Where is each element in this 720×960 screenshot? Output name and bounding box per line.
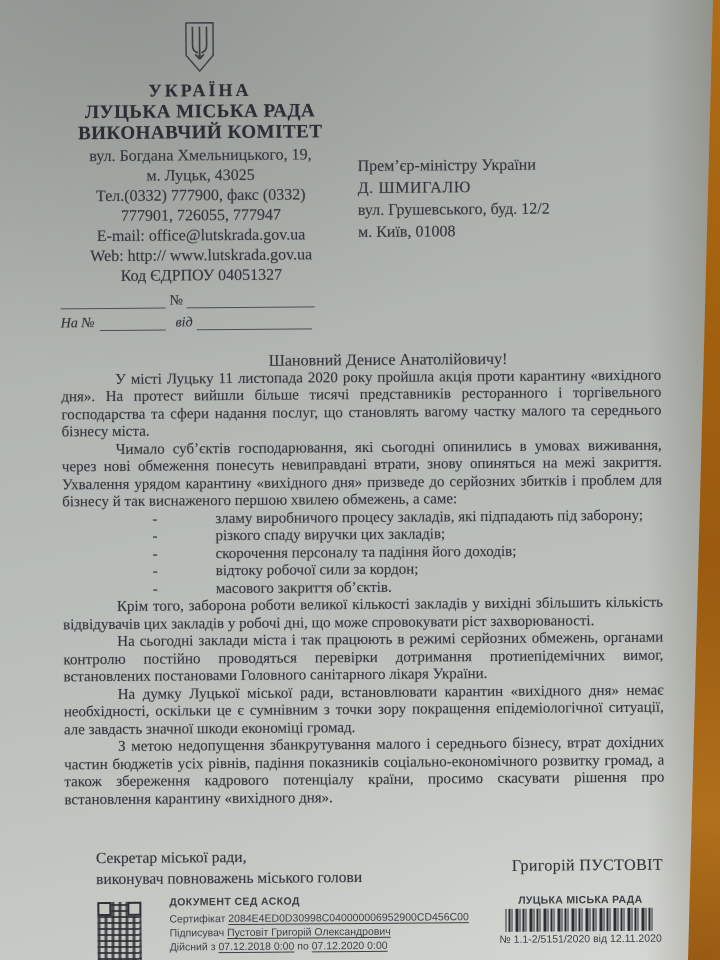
- ukraine-trident-icon: [182, 21, 216, 73]
- certificate-label: Сертифікат: [169, 913, 225, 925]
- ref-number-line: №: [61, 292, 321, 309]
- letterhead: УКРАЇНА ЛУЦЬКА МІСЬКА РАДА ВИКОНАВЧИЙ КО…: [32, 20, 368, 288]
- blank-line: [100, 317, 166, 332]
- barcode: [505, 908, 655, 932]
- number-sign-label: №: [166, 293, 187, 308]
- esign-stamp: ДОКУМЕНТ СЕД АСКОД Сертифікат 2084E4ED0D…: [169, 893, 469, 954]
- org-address: вул. Богдана Хмельницького, 19, м. Луцьк…: [33, 145, 368, 288]
- org-stamp: ЛУЦЬКА МІСЬКА РАДА № 1.1-2/5151/2020 від…: [495, 894, 665, 946]
- address-line: E-mail: office@lutskrada.gov.ua: [34, 225, 368, 248]
- qr-code: [97, 902, 142, 960]
- signer-position-line: Секретар міської ради,: [96, 846, 362, 869]
- body-paragraph: На думку Луцької міської ради, встановлю…: [64, 682, 664, 739]
- recipient-line: Прем’єр-міністру України: [357, 155, 549, 179]
- letter-body: Шановний Денисе Анатолійовичу! У місті Л…: [61, 350, 665, 810]
- address-line: Код ЄДРПОУ 04051327: [34, 265, 368, 288]
- country-name: УКРАЇНА: [33, 78, 367, 103]
- signer-value: Пустовіт Григорій Олександрович: [227, 926, 391, 939]
- body-paragraph: У місті Луцьку 11 листопада 2020 року пр…: [61, 367, 662, 442]
- signer-position-line: виконувач повноважень міського голови: [96, 867, 362, 890]
- validity-line: Дійсний з 07.12.2018 0:00 по 07.12.2020 …: [170, 938, 469, 954]
- document-content: УКРАЇНА ЛУЦЬКА МІСЬКА РАДА ВИКОНАВЧИЙ КО…: [0, 0, 720, 960]
- recipient-line: вул. Грушевського, буд. 12/2: [358, 199, 550, 223]
- photo-background: УКРАЇНА ЛУЦЬКА МІСЬКА РАДА ВИКОНАВЧИЙ КО…: [0, 0, 720, 960]
- signature-block: Секретар міської ради, виконувач повнова…: [96, 844, 663, 890]
- valid-to-value: 07.12.2020 0:00: [312, 940, 388, 953]
- address-line: м. Луцьк, 43025: [34, 165, 368, 188]
- recipient-block: Прем’єр-міністру України Д. ШМИГАЛЮ вул.…: [357, 155, 550, 245]
- body-paragraph: Крім того, заборона роботи великої кільк…: [63, 595, 663, 635]
- ref-onnumber-line: На № від: [61, 314, 321, 331]
- valid-to-label: по: [297, 940, 309, 952]
- on-number-label: На №: [61, 316, 95, 331]
- document-page: УКРАЇНА ЛУЦЬКА МІСЬКА РАДА ВИКОНАВЧИЙ КО…: [0, 0, 720, 960]
- body-paragraph: Чимало суб’єктів господарювання, які сьо…: [62, 437, 663, 512]
- valid-label: Дійсний з: [170, 941, 216, 953]
- bullet-list: зламу виробничого процесу закладів, які …: [62, 507, 663, 599]
- body-paragraph: З метою недопущення збанкрутування малог…: [64, 735, 665, 810]
- recipient-line: м. Київ, 01008: [358, 221, 550, 245]
- valid-from-value: 07.12.2018 0:00: [218, 941, 294, 954]
- certificate-line: Сертифікат 2084E4ED0D30998C0400000069529…: [169, 910, 468, 926]
- stamp-org-name: ЛУЦЬКА МІСЬКА РАДА: [495, 894, 665, 907]
- blank-line: [61, 295, 166, 310]
- recipient-line: Д. ШМИГАЛЮ: [358, 177, 550, 201]
- certificate-value: 2084E4ED0D30998C040000006952900CD456C00: [228, 911, 469, 925]
- blank-line: [187, 293, 315, 308]
- signer-name: Григорій ПУСТОВІТ: [512, 854, 663, 876]
- reg-number: № 1.1-2/5151/2020 від 12.11.2020: [496, 933, 666, 946]
- address-line: Тел.(0332) 777900, факс (0332): [34, 185, 368, 208]
- body-paragraph: На сьогодні заклади міста і так працюють…: [63, 630, 663, 687]
- address-line: 777901, 726055, 777947: [34, 205, 368, 228]
- org-committee: ВИКОНАВЧИЙ КОМІТЕТ: [33, 121, 367, 145]
- address-line: Web: http:// www.lutskrada.gov.ua: [34, 245, 368, 268]
- reference-block: № На № від: [61, 292, 321, 338]
- address-line: вул. Богдана Хмельницького, 19,: [33, 145, 367, 168]
- signer-position: Секретар міської ради, виконувач повнова…: [96, 846, 362, 890]
- org-name: ЛУЦЬКА МІСЬКА РАДА: [33, 100, 367, 124]
- signer-label: Підписувач: [170, 927, 225, 939]
- from-label: від: [172, 315, 197, 330]
- blank-line: [197, 315, 312, 330]
- stamp-system-title: ДОКУМЕНТ СЕД АСКОД: [169, 893, 468, 909]
